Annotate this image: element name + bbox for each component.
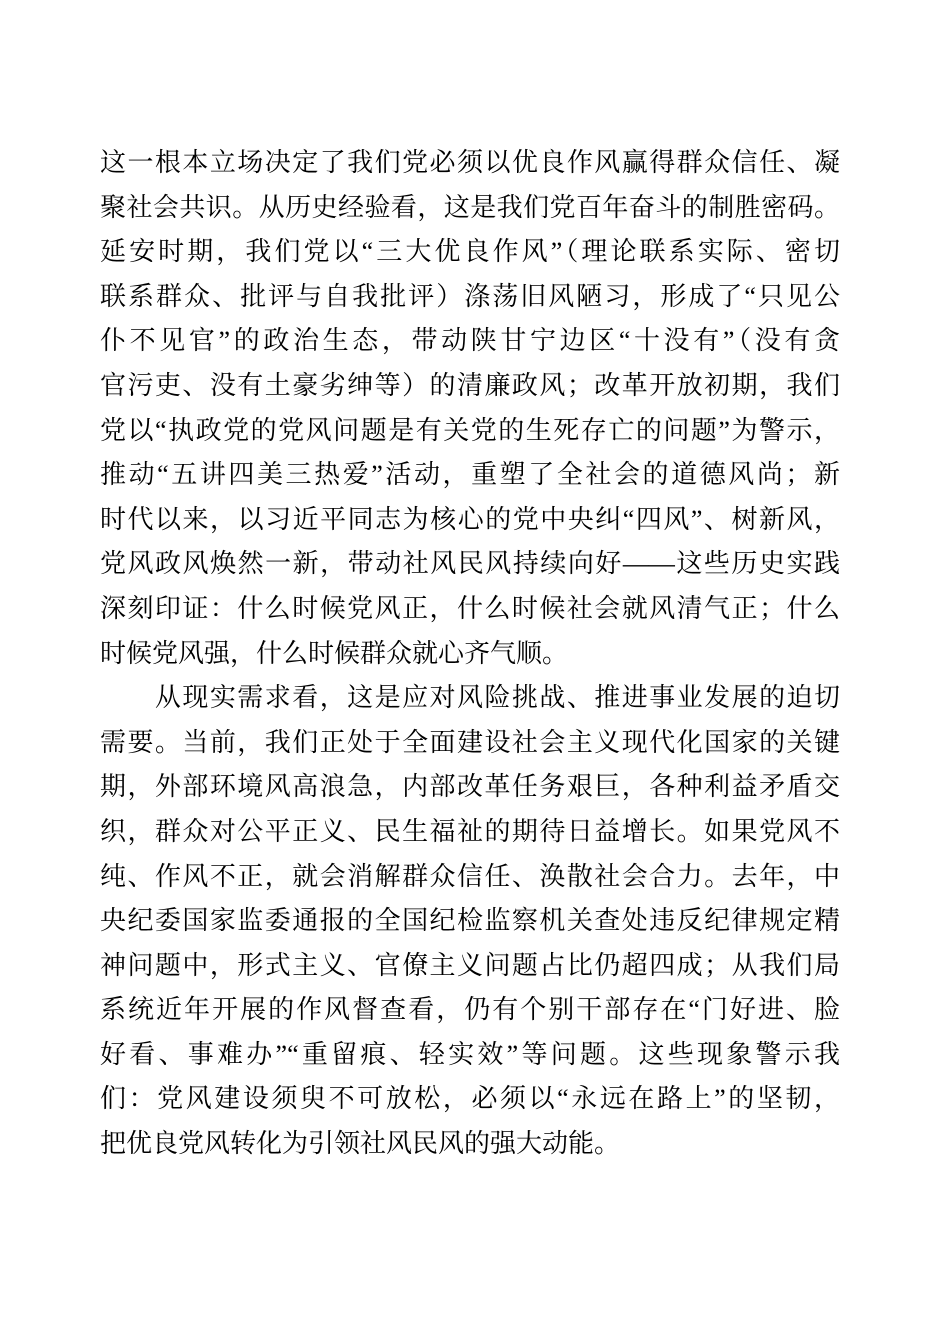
text-line: 纯、作风不正，就会消解群众信任、涣散社会合力。去年，中 [100, 855, 840, 900]
paragraph: 从现实需求看，这是应对风险挑战、推进事业发展的迫切需要。当前，我们正处于全面建设… [100, 676, 840, 1167]
text-line: 们：党风建设须臾不可放松，必须以“永远在路上”的坚韧， [100, 1077, 840, 1122]
text-line: 系统近年开展的作风督查看，仍有个别干部存在“门好进、脸 [100, 988, 840, 1033]
document-body: 这一根本立场决定了我们党必须以优良作风赢得群众信任、凝聚社会共识。从历史经验看，… [100, 141, 840, 1167]
text-line: 推动“五讲四美三热爱”活动，重塑了全社会的道德风尚；新 [100, 453, 840, 498]
text-line: 时代以来，以习近平同志为核心的党中央纠“四风”、树新风， [100, 498, 840, 543]
text-line: 深刻印证：什么时候党风正，什么时候社会就风清气正；什么 [100, 587, 840, 632]
text-line: 把优良党风转化为引领社风民风的强大动能。 [100, 1122, 840, 1167]
text-line: 延安时期，我们党以“三大优良作风”（理论联系实际、密切 [100, 230, 840, 275]
text-line: 党风政风焕然一新，带动社风民风持续向好——这些历史实践 [100, 542, 840, 587]
document-page: 这一根本立场决定了我们党必须以优良作风赢得群众信任、凝聚社会共识。从历史经验看，… [0, 0, 950, 1344]
text-line: 官污吏、没有土豪劣绅等）的清廉政风；改革开放初期，我们 [100, 364, 840, 409]
text-line: 这一根本立场决定了我们党必须以优良作风赢得群众信任、凝 [100, 141, 840, 186]
text-line: 织，群众对公平正义、民生福祉的期待日益增长。如果党风不 [100, 810, 840, 855]
paragraph: 这一根本立场决定了我们党必须以优良作风赢得群众信任、凝聚社会共识。从历史经验看，… [100, 141, 840, 676]
text-line: 好看、事难办”“重留痕、轻实效”等问题。这些现象警示我 [100, 1033, 840, 1078]
text-line: 联系群众、批评与自我批评）涤荡旧风陋习，形成了“只见公 [100, 275, 840, 320]
text-line: 神问题中，形式主义、官僚主义问题占比仍超四成；从我们局 [100, 944, 840, 989]
text-line: 聚社会共识。从历史经验看，这是我们党百年奋斗的制胜密码。 [100, 186, 840, 231]
text-line: 仆不见官”的政治生态，带动陕甘宁边区“十没有”（没有贪 [100, 319, 840, 364]
text-line: 党以“执政党的党风问题是有关党的生死存亡的问题”为警示， [100, 409, 840, 454]
text-line: 从现实需求看，这是应对风险挑战、推进事业发展的迫切 [100, 676, 840, 721]
text-line: 央纪委国家监委通报的全国纪检监察机关查处违反纪律规定精 [100, 899, 840, 944]
text-line: 时候党风强，什么时候群众就心齐气顺。 [100, 632, 840, 677]
text-line: 期，外部环境风高浪急，内部改革任务艰巨，各种利益矛盾交 [100, 765, 840, 810]
text-line: 需要。当前，我们正处于全面建设社会主义现代化国家的关键 [100, 721, 840, 766]
